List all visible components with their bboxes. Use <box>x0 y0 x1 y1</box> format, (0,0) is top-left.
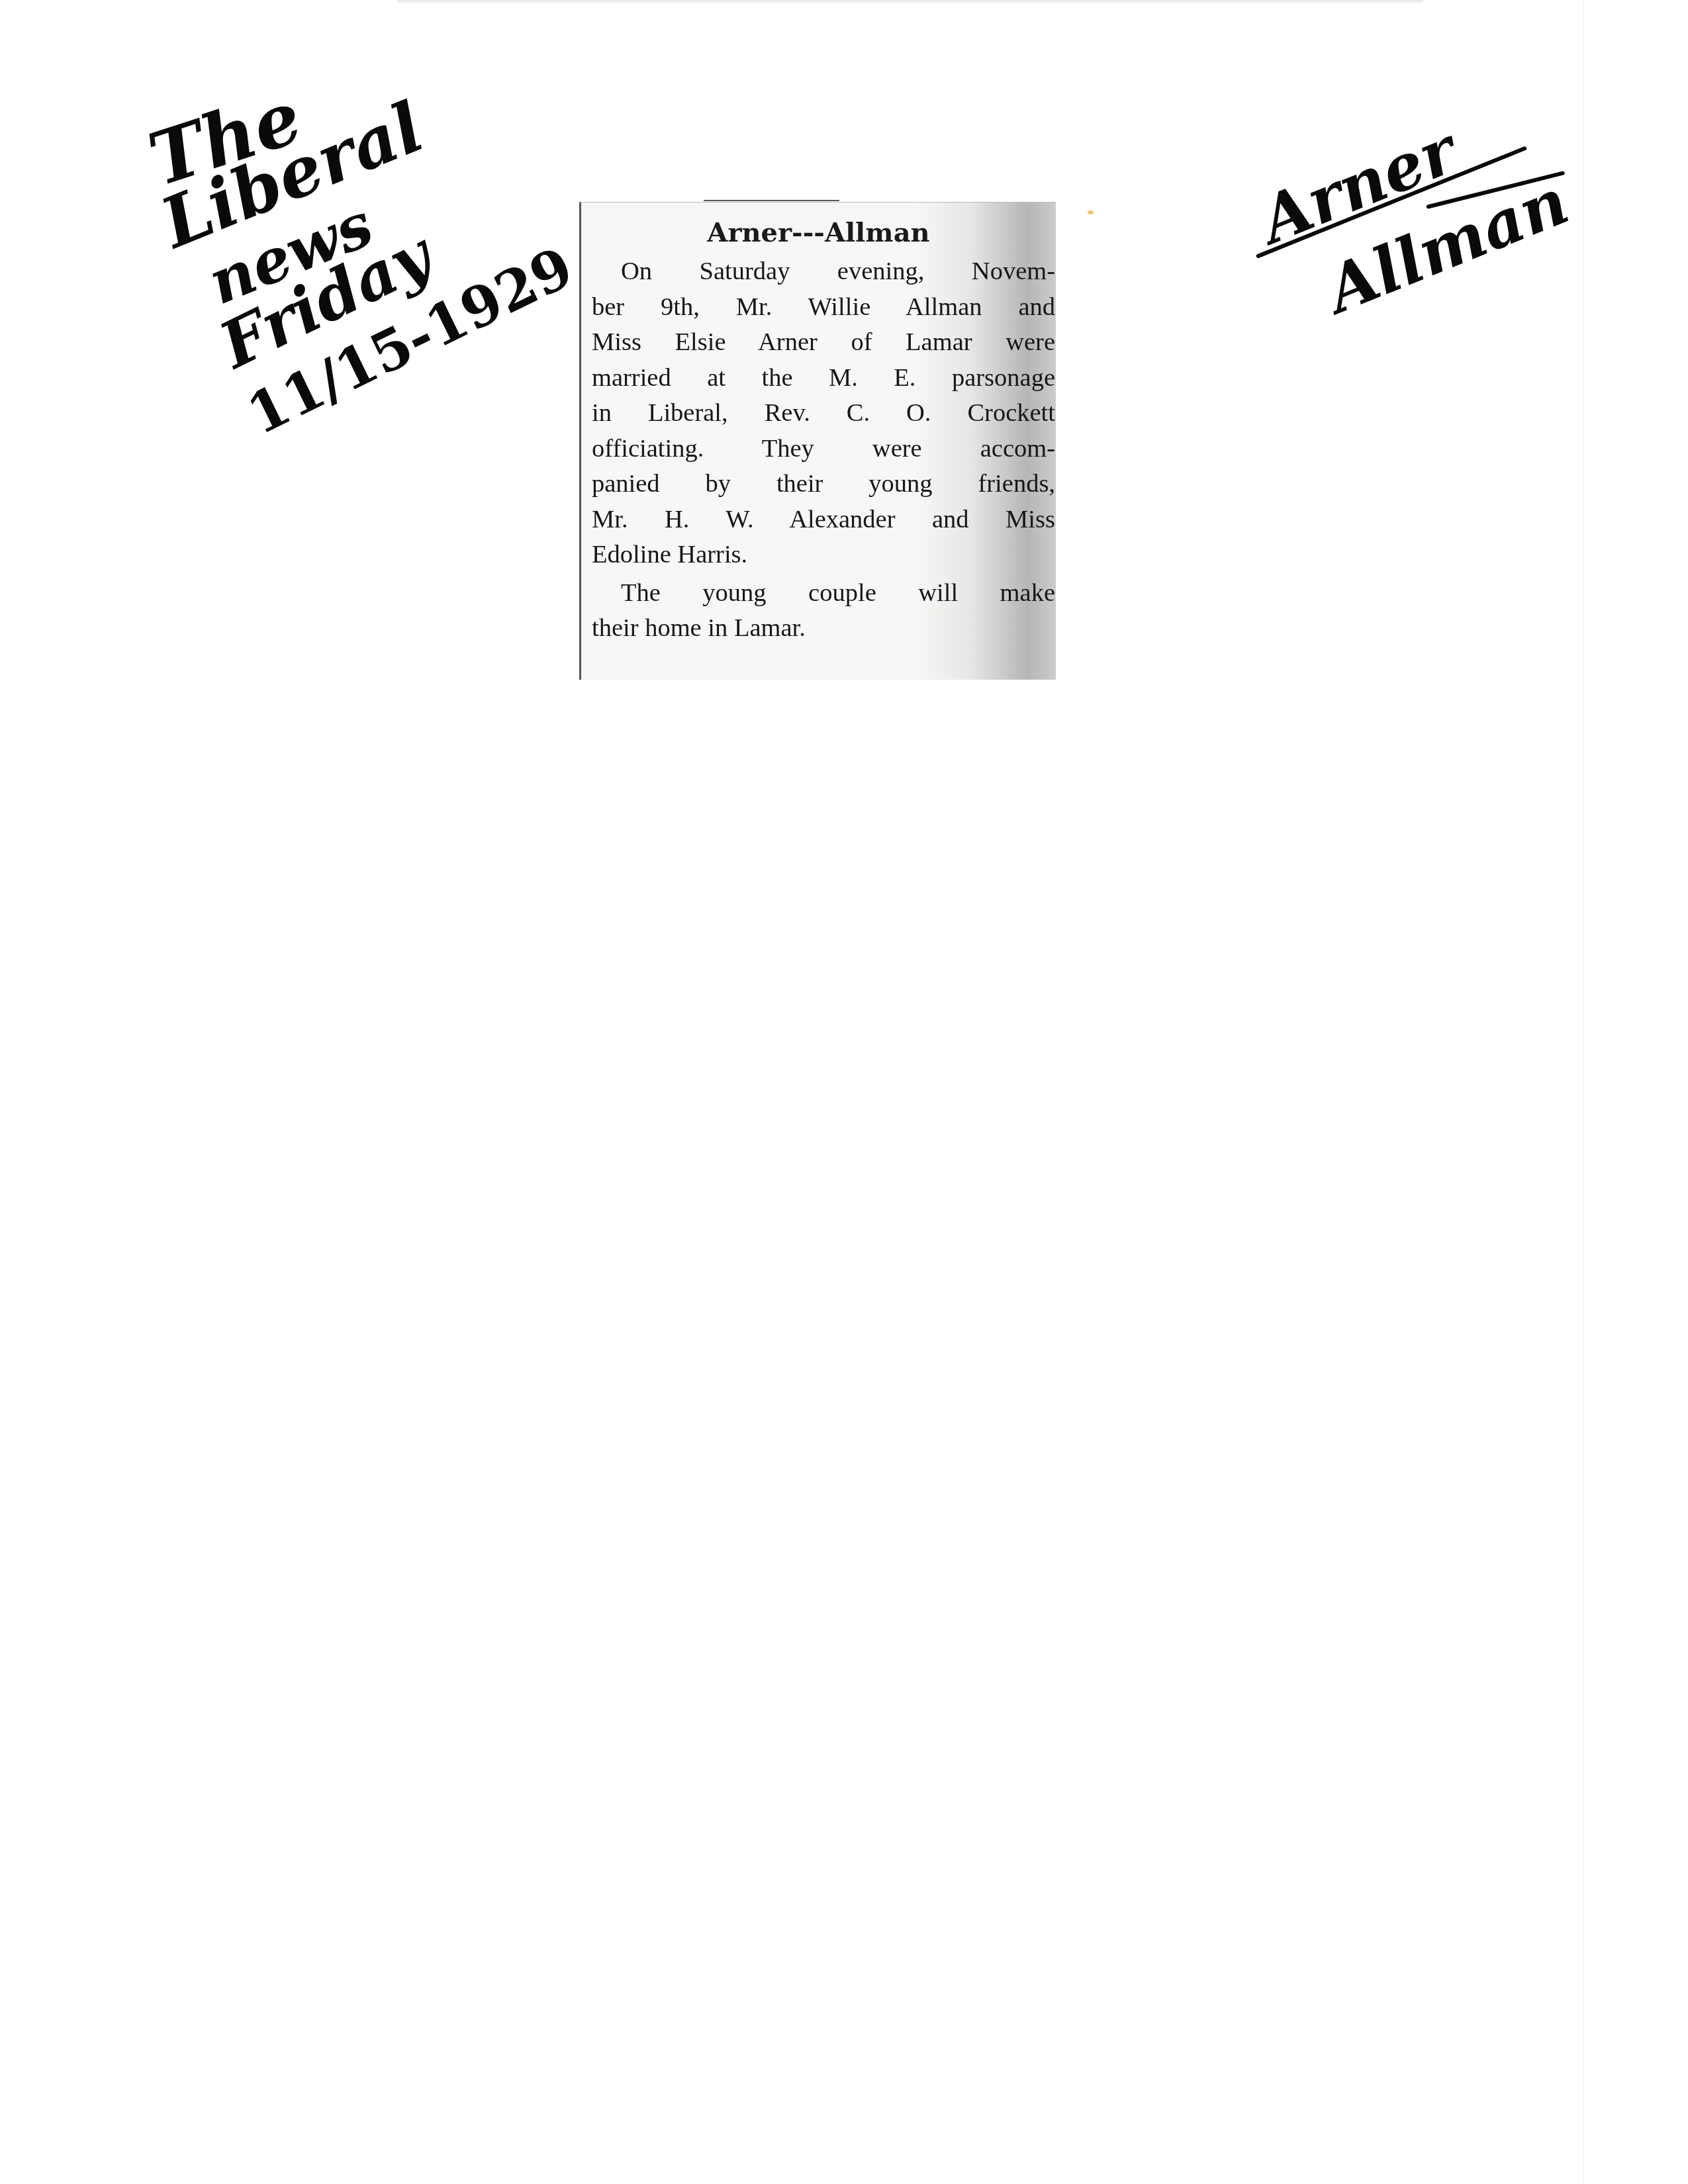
clipping-line: their home in Lamar. <box>592 611 1055 647</box>
clipping-line: in Liberal, Rev. C. O. Crockett <box>592 396 1055 432</box>
clipping-paragraph: On Saturday evening, Novem- ber 9th, Mr.… <box>592 254 1055 573</box>
clipping-line: ber 9th, Mr. Willie Allman and <box>592 290 1055 326</box>
scan-speck <box>1088 210 1094 214</box>
clipping-line: officiating. They were accom- <box>592 432 1055 467</box>
clipping-headline: Arner---Allman <box>581 217 1056 248</box>
newspaper-clipping: Arner---Allman On Saturday evening, Nove… <box>579 202 1056 680</box>
scan-artifact-top <box>397 0 1423 4</box>
clipping-line: panied by their young friends, <box>592 467 1055 502</box>
scan-artifact-edge <box>1583 0 1584 2184</box>
clipping-line: Miss Elsie Arner of Lamar were <box>592 325 1055 361</box>
clipping-top-rule <box>704 200 839 201</box>
handwritten-note-names: Arner Allman <box>1244 113 1562 324</box>
clipping-body: On Saturday evening, Novem- ber 9th, Mr.… <box>592 254 1055 647</box>
clipping-line: On Saturday evening, Novem- <box>592 254 1055 290</box>
handwritten-note-publication-date: The Liberal news Friday 11/15-1929 <box>132 99 503 430</box>
clipping-line: The young couple will make <box>592 576 1055 612</box>
clipping-line: Mr. H. W. Alexander and Miss <box>592 502 1055 538</box>
scanned-page: The Liberal news Friday 11/15-1929 Arner… <box>0 0 1688 2184</box>
clipping-line: married at the M. E. parsonage <box>592 361 1055 396</box>
clipping-paragraph: The young couple will make their home in… <box>592 576 1055 647</box>
clipping-line: Edoline Harris. <box>592 537 1055 573</box>
